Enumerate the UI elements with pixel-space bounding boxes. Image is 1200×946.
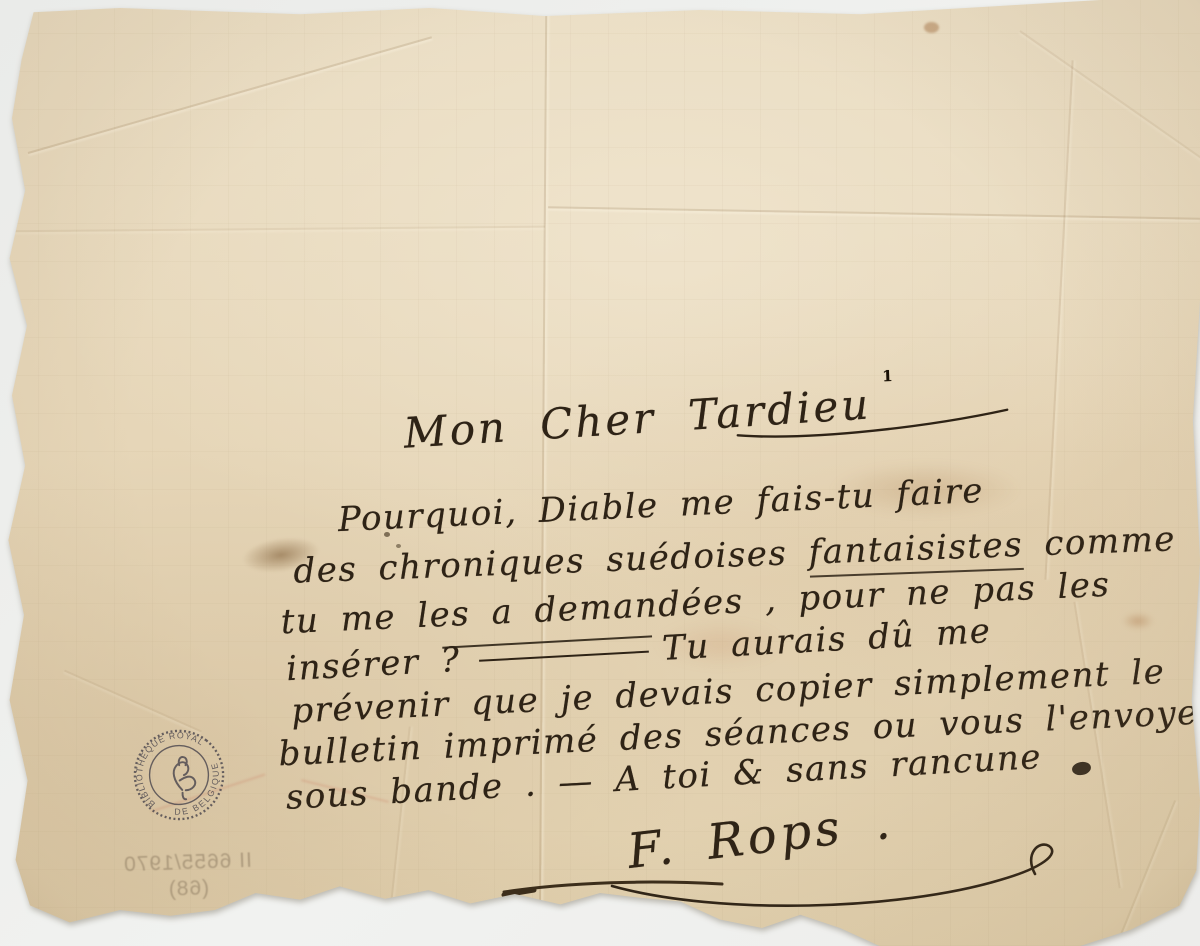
paper-shadow-wrap: 1 Mon Cher Tardieu Pourquoi, Diable me f… [0, 0, 1200, 946]
body-line-2-post: comme [1044, 519, 1177, 564]
crease-bottom-left [64, 670, 202, 733]
diagonal-crease-top-right [1019, 30, 1200, 164]
folio-number-mark: 1 [882, 367, 893, 385]
handwritten-letter-text: 1 Mon Cher Tardieu Pourquoi, Diable me f… [262, 366, 1167, 946]
long-dash-stroke [479, 651, 649, 662]
salutation-flourish [733, 404, 1014, 446]
rust-spot-top [924, 22, 939, 33]
signature: F. Rops . [625, 794, 897, 880]
letter-paper: 1 Mon Cher Tardieu Pourquoi, Diable me f… [0, 0, 1200, 946]
diagonal-crease-top-left [28, 36, 432, 154]
horizontal-fold-crease-right [548, 206, 1200, 219]
horizontal-fold-crease-left [0, 226, 545, 233]
body-line-4-pre: insérer ? [285, 640, 461, 689]
shelfmark-line-2: (68) [88, 873, 289, 906]
verso-shelfmark-bleedthrough: II 6655/1970 (68) [87, 847, 289, 906]
lion-emblem-icon [162, 756, 206, 800]
library-stamp: * BIBLIOTHÈQUE ROYALE DE BELGIQUE [130, 726, 228, 824]
scanned-letter-page: 1 Mon Cher Tardieu Pourquoi, Diable me f… [0, 0, 1200, 946]
